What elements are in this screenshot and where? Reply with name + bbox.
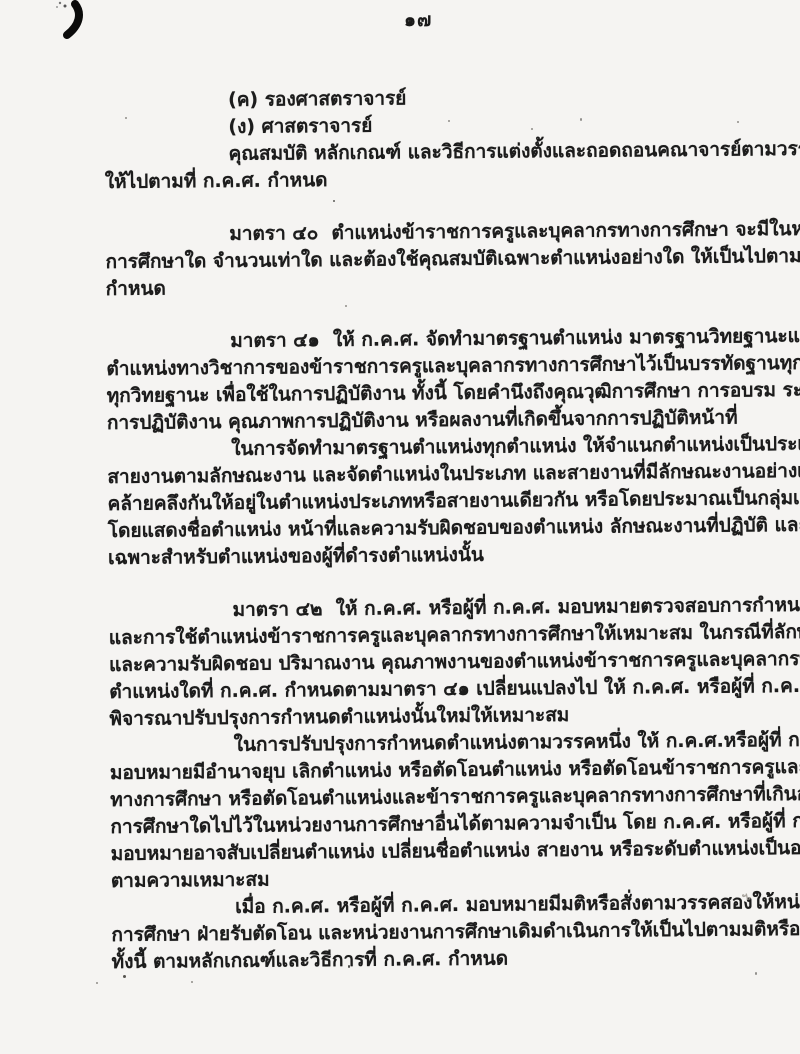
document-body: (ค) รองศาสตราจารย์(ง) ศาสตราจารย์คุณสมบั…	[104, 82, 764, 976]
text-line: คุณสมบัติ หลักเกณฑ์ และวิธีการแต่งตั้งแล…	[104, 136, 756, 169]
text-line: การศึกษา ฝ่ายรับตัดโอน และหน่วยงานการศึก…	[111, 916, 763, 949]
scan-speck	[333, 200, 335, 202]
paragraph-section-42: มาตรา ๔๒ ให้ ก.ค.ศ. หรือผู้ที่ ก.ค.ศ. มอ…	[108, 592, 761, 733]
scan-speck	[448, 120, 450, 122]
scan-speck	[345, 305, 347, 307]
text-line: ตำแหน่งใดที่ ก.ค.ศ. กำหนดตามมาตรา ๔๑ เปล…	[109, 673, 761, 706]
text-line: เฉพาะสำหรับตำแหน่งของผู้ที่ดำรงตำแหน่งนั…	[108, 539, 760, 572]
paragraph-section-42-paragraph-2: ในการปรับปรุงการกำหนดตำแหน่งตามวรรคหนึ่ง…	[110, 727, 763, 895]
scan-speck	[531, 128, 533, 130]
scan-speck	[191, 981, 193, 983]
text-line: โดยแสดงชื่อตำแหน่ง หน้าที่และความรับผิดช…	[108, 512, 760, 545]
text-line: กำหนด	[106, 270, 758, 303]
pen-mark-icon	[52, 0, 86, 44]
scan-speck	[96, 982, 98, 984]
paragraph-section-40: มาตรา ๔๐ ตำแหน่งข้าราชการครูและบุคลากรทา…	[105, 216, 758, 303]
scanned-page: ๑๗ (ค) รองศาสตราจารย์(ง) ศาสตราจารย์คุณส…	[0, 0, 800, 1054]
paragraph-section-41: มาตรา ๔๑ ให้ ก.ค.ศ. จัดทำมาตรฐานตำแหน่ง …	[106, 323, 759, 437]
paragraph-section-41-paragraph-2: ในการจัดทำมาตรฐานตำแหน่งทุกตำแหน่ง ให้จำ…	[107, 431, 760, 572]
scan-speck	[125, 117, 127, 119]
scan-speck	[348, 965, 350, 968]
scan-speck	[737, 121, 739, 123]
text-line: มอบหมายอาจสับเปลี่ยนตำแหน่ง เปลี่ยนชื่อต…	[111, 835, 763, 868]
paragraph-section-42-paragraph-3: เมื่อ ก.ค.ศ. หรือผู้ที่ ก.ค.ศ. มอบหมายมี…	[111, 889, 764, 976]
text-line: ทั้งนี้ ตามหลักเกณฑ์และวิธีการที่ ก.ค.ศ.…	[112, 943, 764, 976]
scan-speck	[775, 897, 777, 899]
paragraph-clause-list-continued: (ค) รองศาสตราจารย์(ง) ศาสตราจารย์คุณสมบั…	[104, 82, 757, 196]
scan-speck	[755, 972, 757, 975]
text-line: การศึกษาใด จำนวนเท่าใด และต้องใช้คุณสมบั…	[105, 243, 757, 276]
scan-speck	[123, 975, 126, 978]
page-number: ๑๗	[404, 5, 432, 35]
scan-speck	[580, 118, 582, 121]
text-line: ให้ไปตามที่ ก.ค.ศ. กำหนด	[105, 163, 757, 196]
